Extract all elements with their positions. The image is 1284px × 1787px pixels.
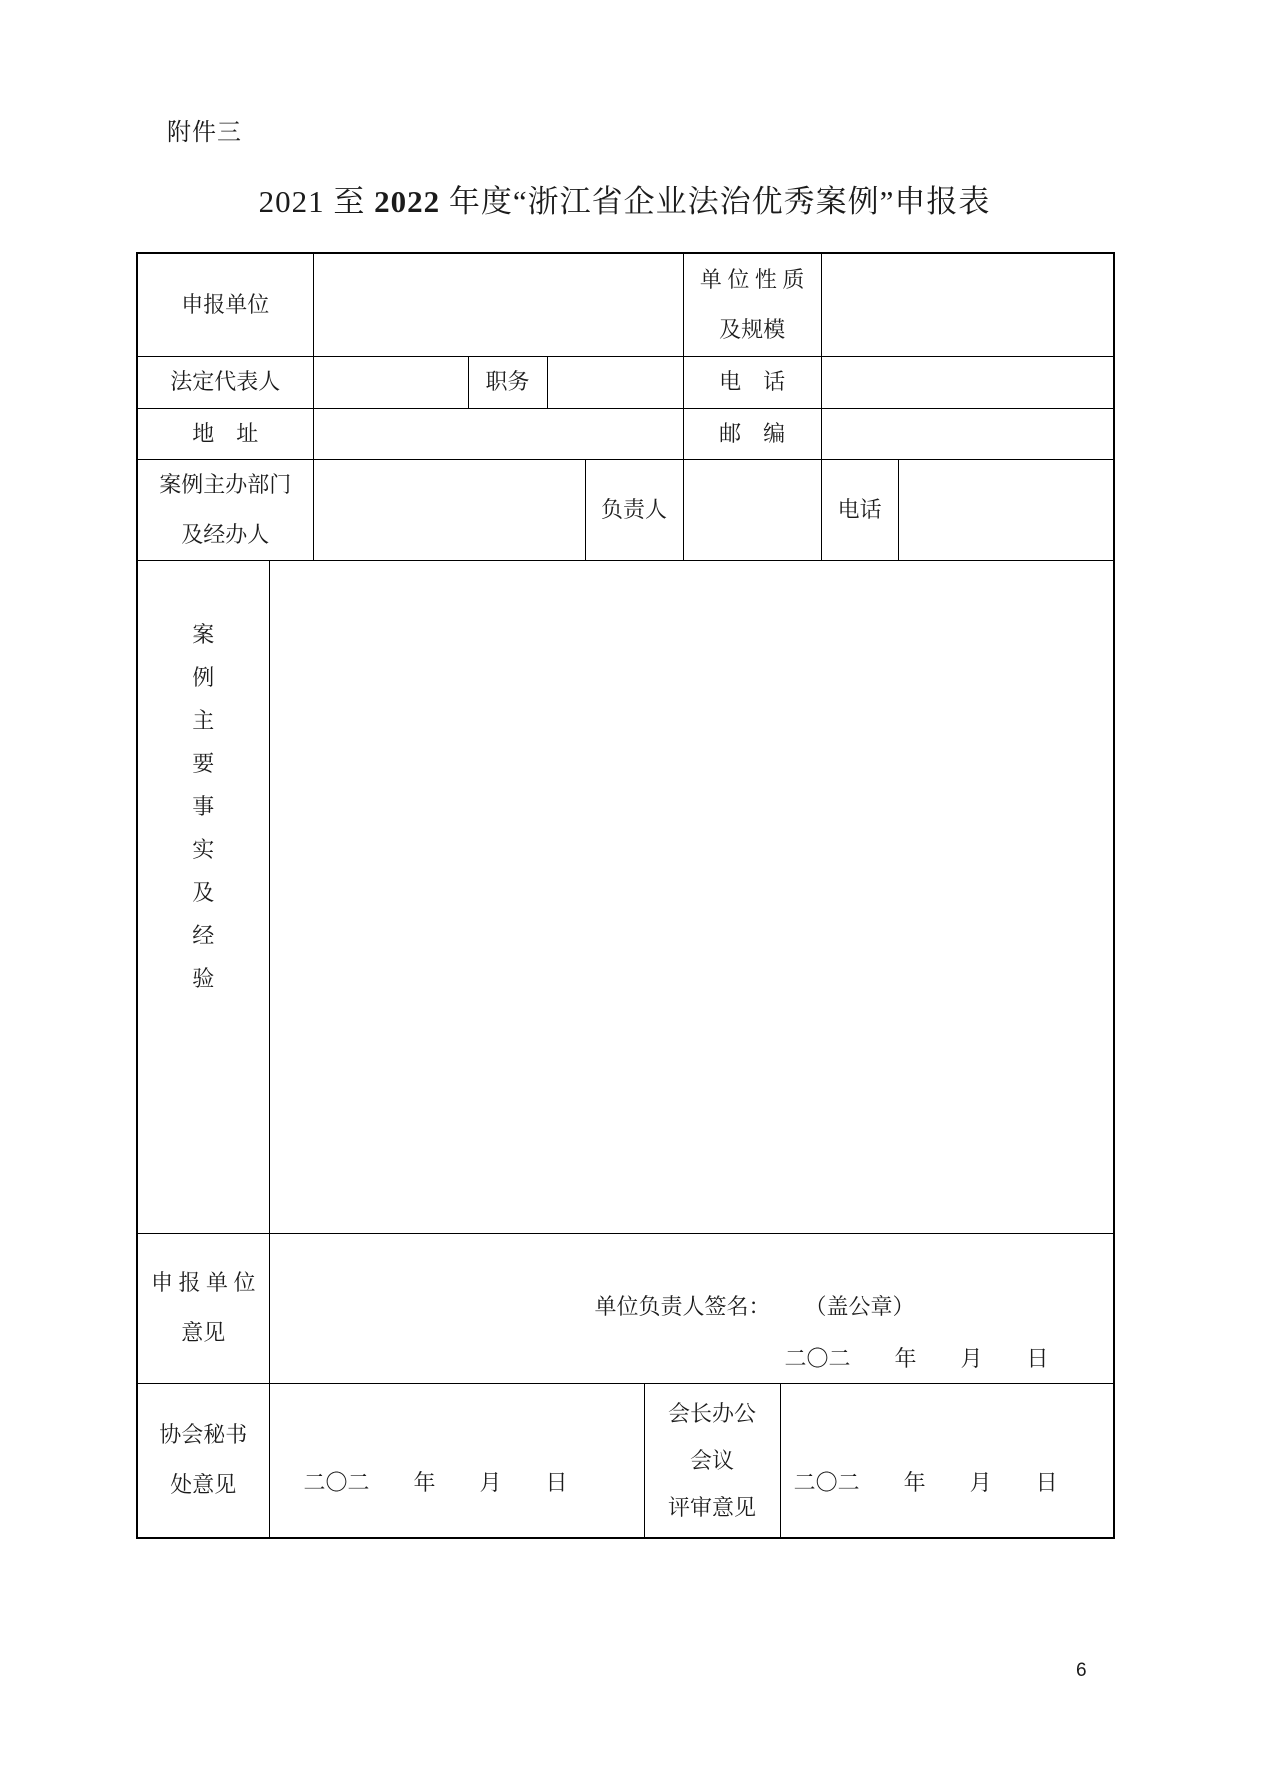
president-meeting-label: 会长办公 会议 评审意见 (644, 1383, 780, 1538)
sign-label: 单位负责人签名： (595, 1294, 771, 1319)
responsible-field[interactable] (683, 459, 821, 560)
dept-phone-label: 电话 (821, 459, 898, 560)
president-meeting-date: 二〇二 年 月 日 (794, 1466, 1114, 1497)
unit-nature-field[interactable] (821, 253, 1114, 356)
phone-field[interactable] (821, 356, 1114, 408)
row-case-dept: 案例主办部门 及经办人 负责人 电话 (137, 459, 1114, 560)
title-part-after: 年度“浙江省企业法治优秀案例”申报表 (440, 184, 990, 219)
declare-unit-field[interactable] (313, 253, 683, 356)
attachment-label: 附件三 (167, 112, 242, 147)
president-opinion-field[interactable]: 二〇二 年 月 日 (780, 1383, 1114, 1538)
legal-rep-field[interactable] (313, 356, 468, 408)
sign-seal-line: 单位负责人签名：（盖公章） (595, 1290, 915, 1321)
document-page: 附件三 2021 至 2022 年度“浙江省企业法治优秀案例”申报表 申报单位 … (0, 0, 1284, 1787)
unit-opinion-date: 二〇二 年 月 日 (785, 1342, 1049, 1373)
case-facts-label: 案 例 主 要 事 实 及 经 验 (137, 560, 269, 1233)
page-number: 6 (1076, 1660, 1087, 1682)
dept-phone-field[interactable] (898, 459, 1114, 560)
unit-opinion-label: 申 报 单 位 意见 (137, 1233, 269, 1383)
row-unit-opinion: 申 报 单 位 意见 单位负责人签名：（盖公章） 二〇二 年 月 日 (137, 1233, 1114, 1383)
responsible-label: 负责人 (585, 459, 683, 560)
row-legal-rep: 法定代表人 职务 电 话 (137, 356, 1114, 408)
case-facts-field[interactable] (269, 560, 1114, 1233)
form-title: 2021 至 2022 年度“浙江省企业法治优秀案例”申报表 (136, 176, 1113, 221)
title-part-before: 2021 至 (259, 184, 375, 219)
duty-field[interactable] (547, 356, 683, 408)
phone-label: 电 话 (683, 356, 821, 408)
secretariat-date: 二〇二 年 月 日 (304, 1466, 644, 1497)
postcode-field[interactable] (821, 408, 1114, 459)
row-declare-unit: 申报单位 单 位 性 质 及规模 (137, 253, 1114, 356)
declare-unit-label: 申报单位 (137, 253, 313, 356)
secretariat-label: 协会秘书 处意见 (137, 1383, 269, 1538)
duty-label: 职务 (468, 356, 547, 408)
case-dept-label: 案例主办部门 及经办人 (137, 459, 313, 560)
postcode-label: 邮 编 (683, 408, 821, 459)
row-case-facts: 案 例 主 要 事 实 及 经 验 (137, 560, 1114, 1233)
case-dept-field[interactable] (313, 459, 585, 560)
address-field[interactable] (313, 408, 683, 459)
title-year-bold: 2022 (374, 184, 440, 219)
unit-nature-label: 单 位 性 质 及规模 (683, 253, 821, 356)
secretariat-opinion-field[interactable]: 二〇二 年 月 日 (269, 1383, 644, 1538)
seal-label: （盖公章） (816, 1294, 915, 1319)
application-form-table: 申报单位 单 位 性 质 及规模 法定代表人 职务 电 话 地 址 邮 编 案例… (136, 252, 1115, 1539)
row-address: 地 址 邮 编 (137, 408, 1114, 459)
row-secretariat: 协会秘书 处意见 二〇二 年 月 日 会长办公 会议 评审意见 二〇二 年 月 … (137, 1383, 1114, 1538)
unit-opinion-field[interactable]: 单位负责人签名：（盖公章） 二〇二 年 月 日 (269, 1233, 1114, 1383)
address-label: 地 址 (137, 408, 313, 459)
legal-rep-label: 法定代表人 (137, 356, 313, 408)
